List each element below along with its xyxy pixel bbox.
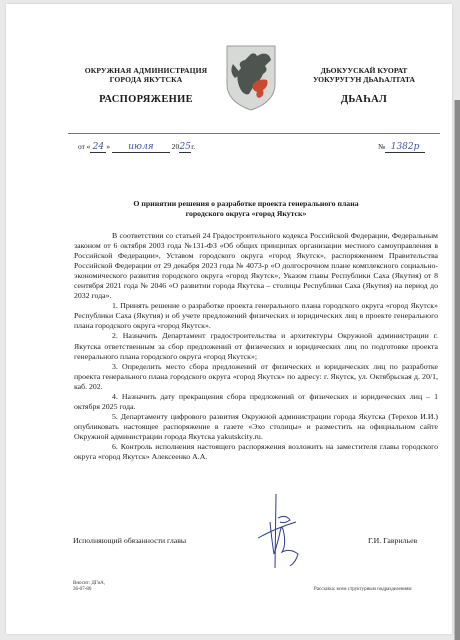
- org-line-1-yakut: ДЬОКУУСКАЙ КУОРАТ: [294, 66, 434, 75]
- org-line-2-yakut: УОКУРУГУН ДЬАҺАЛТАТА: [294, 75, 434, 84]
- date-month: июля: [112, 142, 170, 153]
- preamble: В соответствии со статьей 24 Градостроит…: [74, 231, 438, 301]
- date-year: 25: [179, 142, 191, 153]
- yakutsk-coat-of-arms-icon: [225, 44, 277, 112]
- document-date: от «24» июля 2025г.: [78, 142, 195, 153]
- submitted-by: Вносит: ДГиА, 36-07-80: [73, 581, 105, 593]
- org-line-1: ОКРУЖНАЯ АДМИНИСТРАЦИЯ: [66, 66, 226, 75]
- item-1: 1. Принять решение о разработке проекта …: [74, 301, 438, 331]
- doc-type-russian: РАСПОРЯЖЕНИЕ: [66, 94, 226, 105]
- date-day: 24: [90, 142, 106, 153]
- org-name-yakut: ДЬОКУУСКАЙ КУОРАТ УОКУРУГУН ДЬАҺАЛТАТА: [294, 66, 434, 84]
- header-divider: [68, 133, 440, 134]
- org-line-2: ГОРОДА ЯКУТСКА: [66, 75, 226, 84]
- document-page: ОКРУЖНАЯ АДМИНИСТРАЦИЯ ГОРОДА ЯКУТСКА РА…: [6, 4, 452, 634]
- handwritten-signature-icon: [256, 492, 311, 572]
- document-subject: О принятии решения о разработке проекта …: [76, 199, 416, 219]
- scrollbar[interactable]: [454, 100, 460, 640]
- doc-number-value: 1382р: [385, 142, 425, 153]
- distribution-note: Рассылка: всем структурным подразделения…: [314, 587, 412, 592]
- org-name-russian: ОКРУЖНАЯ АДМИНИСТРАЦИЯ ГОРОДА ЯКУТСКА: [66, 66, 226, 84]
- item-5: 5. Департаменту цифрового развития Окруж…: [74, 412, 438, 442]
- item-4: 4. Назначить дату прекращения сбора пред…: [74, 392, 438, 412]
- document-body: В соответствии со статьей 24 Градостроит…: [74, 231, 438, 462]
- signatory-position: Исполняющий обязанности главы: [73, 536, 186, 545]
- item-3: 3. Определить место сбора предложений от…: [74, 362, 438, 392]
- item-6: 6. Контроль исполнения настоящего распор…: [74, 442, 438, 462]
- item-2: 2. Назначить Департамент градостроительс…: [74, 331, 438, 361]
- doc-type-yakut: ДЬАҺАЛ: [294, 94, 434, 105]
- document-number: №1382р: [378, 142, 425, 153]
- signatory-name: Г.И. Гаврильев: [368, 536, 417, 545]
